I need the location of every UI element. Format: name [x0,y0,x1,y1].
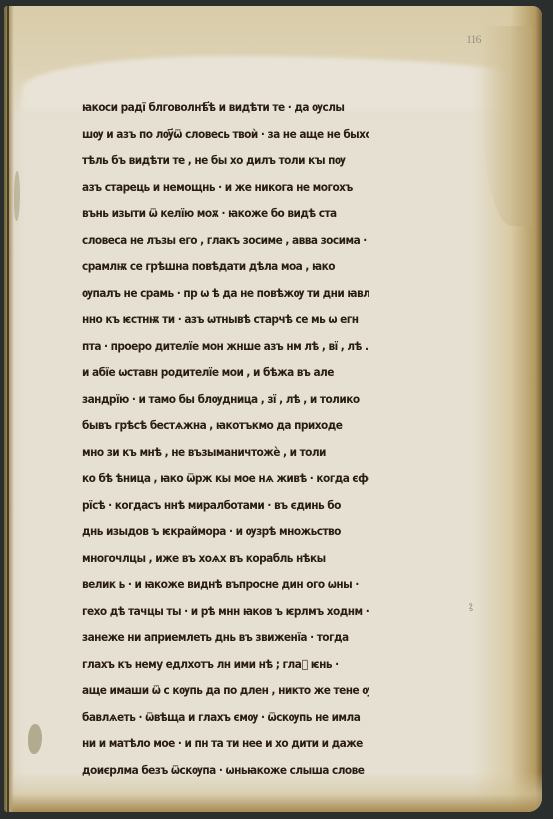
text-line: занеже ни априемлеть днь въ звиженїа · т… [82,624,369,651]
text-line: велик ь · и ꙗкоже виднѣ въпросне дин ого… [82,571,369,598]
text-line: ко бѣ ѣница , ꙗко ѿрж кы мое нѧ живѣ · к… [82,465,369,492]
binding-thread [7,6,9,812]
specks [14,171,20,221]
manuscript-page: 116 ꙁ҃ ꙗкоси радї блговолнѣ҃ѣ и видѣти т… [4,6,542,812]
text-line: аще имаши ѿ с кѹпь да по длен , никто же… [82,677,369,704]
folio-number: 116 [466,32,481,47]
text-line: ꙗкоси радї блговолнѣ҃ѣ и видѣти те · да … [82,94,369,121]
manuscript-scan: 116 ꙁ҃ ꙗкоси радї блговолнѣ҃ѣ и видѣти т… [0,0,553,819]
text-line: пта · проеро дителїе мон жнше азъ нм лѣ … [82,333,369,360]
text-line: вънь изыти ѿ келїю моѫ · ꙗкоже бо видѣ с… [82,200,369,227]
text-line: глахъ къ нему едлхотъ лн ими нѣ ; глаⷨ ѥ… [82,651,369,678]
text-line: нно къ ѥстнѭ ти · азъ ѡтнывѣ старчѣ се м… [82,306,369,333]
text-line: рїсѣ · когдасъ ннѣ миралботами · въ єдин… [82,492,369,519]
text-line: словеса не лъзы его , глакъ зосиме , авв… [82,227,369,254]
text-line: шѹ и азъ по лѹ҃ѿ словесь твоѝ · за не ащ… [82,121,369,148]
text-line: ни и матѣло мое · и пн та ти нее и хо ди… [82,730,369,757]
text-line: бывъ грѣсѣ бестѧжна , ꙗкотъкмо да приход… [82,412,369,439]
text-line: мно зи къ мнѣ , не възыманичтожѐ , и тол… [82,439,369,466]
gutter-shadow [4,6,14,812]
text-line: днь изыдов ъ ѥкрайморa · и ѹзрѣ множьств… [82,518,369,545]
text-line: гехо дѣ тачцы ты · и рѣ мнн ꙗков ъ ѥрлмъ… [82,598,369,625]
manuscript-text-block: ꙗкоси радї блговолнѣ҃ѣ и видѣти те · да … [82,94,394,783]
text-line: и абїе ѡставн родителїе мои , и бѣжа въ … [82,359,369,386]
text-line: срамлѭ се грѣшна повѣдати дѣла моа , ꙗко [82,253,369,280]
text-line: многочлцы , иже въ хоѧх въ корабль нѣкы [82,545,369,572]
margin-mark: ꙁ҃ [469,601,473,612]
text-line: зандрїю · и тамо бы блѹдница , зї , лѣ ,… [82,386,369,413]
text-line: ѹпалъ не срамь · пр ѡ ѣ да не повѣжѹ ти … [82,280,369,307]
text-line: бавлѧеть · ѿвѣща и глахъ ємѹ · ѿскѹпь не… [82,704,369,731]
text-line: азъ старець и немощнь · и же никогa не м… [82,174,369,201]
ink-blot [28,724,42,754]
text-line: тѣль бъ видѣти те , не бы хо дилъ толи к… [82,147,369,174]
text-line: доиєрлма безъ ѿскѹпа · ѡньꙗкоже слыша сл… [82,757,369,784]
